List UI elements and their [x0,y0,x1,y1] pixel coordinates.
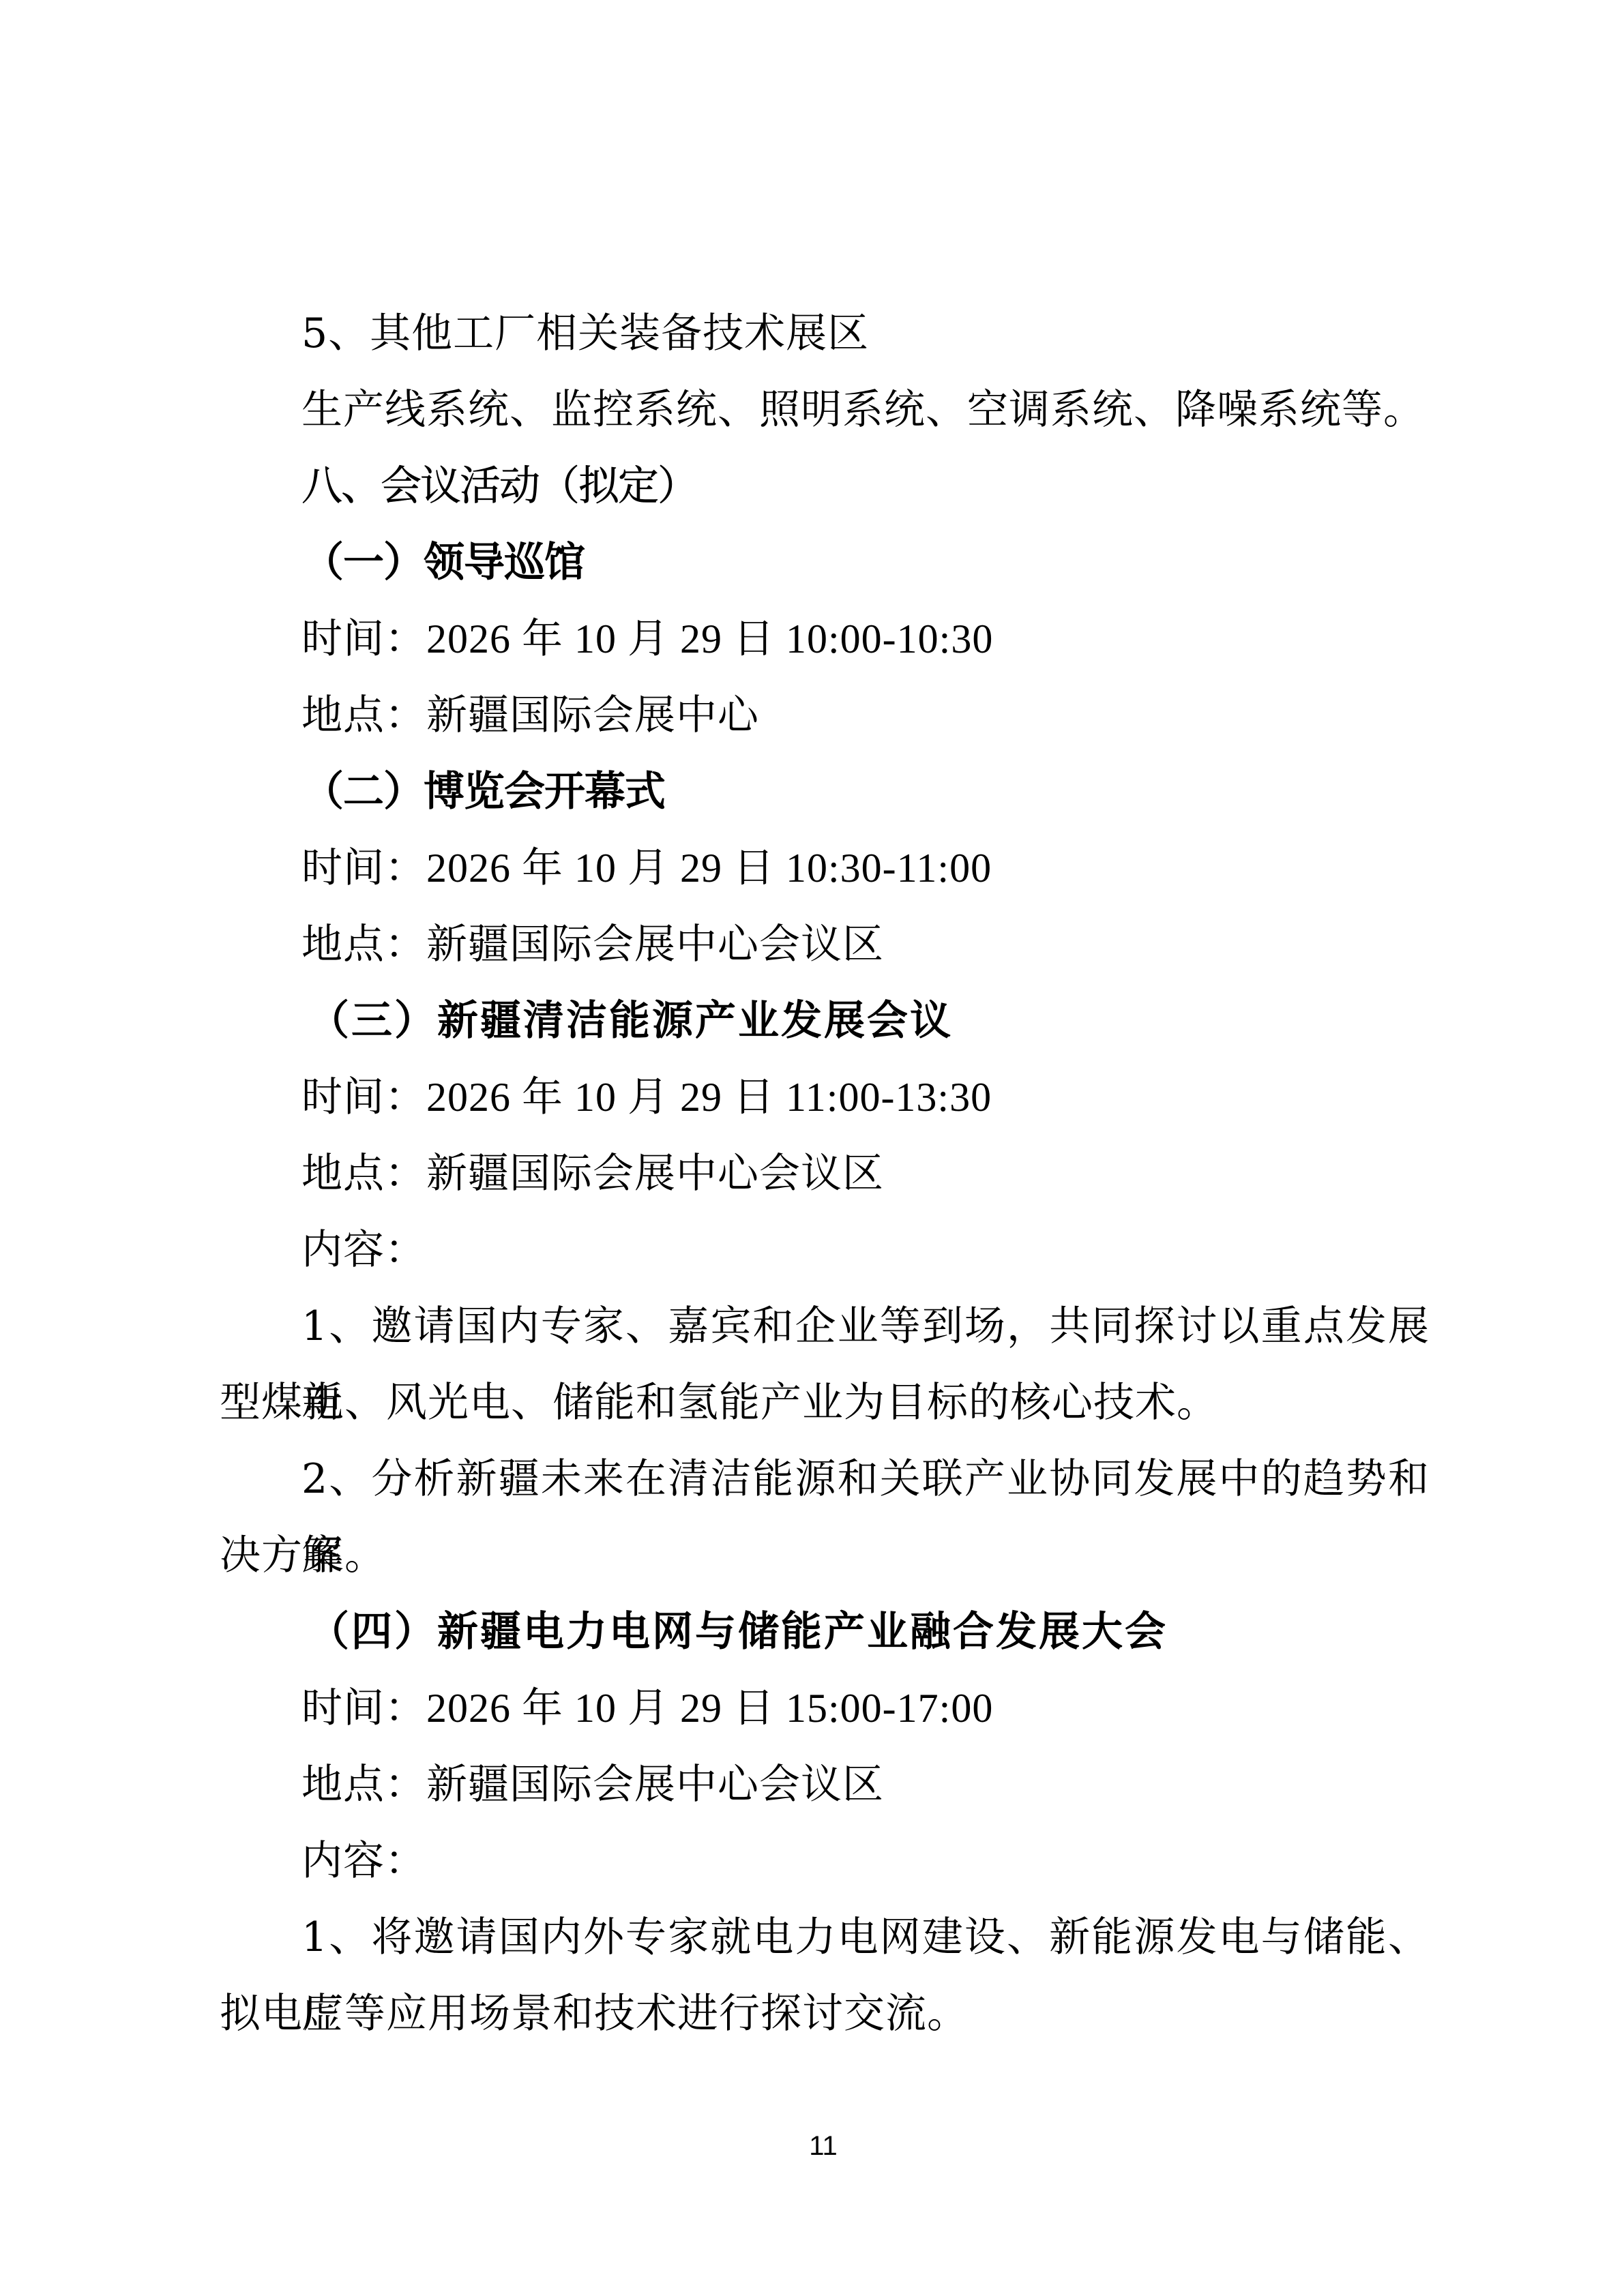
event-3-content-item-1-line-2: 型煤电、风光电、储能和氢能产业为目标的核心技术。 [220,1365,1429,1441]
time-value: 2026 年 10 月 29 日 11:00-13:30 [426,1075,992,1120]
event-2-place: 地点：新疆国际会展中心会议区 [220,906,1429,983]
place-label: 地点： [301,1150,426,1197]
exhibit-5-title: 5、其他工厂相关装备技术展区 [220,295,1429,372]
time-value: 2026 年 10 月 29 日 10:00-10:30 [426,616,993,661]
time-label: 时间： [301,1073,426,1121]
event-3-heading: （三）新疆清洁能源产业发展会议 [220,983,1429,1059]
event-4-heading: （四）新疆电力电网与储能产业融合发展大会 [220,1594,1429,1670]
time-label: 时间： [301,615,426,663]
event-2-heading: （二）博览会开幕式 [220,754,1429,830]
event-3-content-item-1-line-1: 1、邀请国内专家、嘉宾和企业等到场，共同探讨以重点发展新 [220,1288,1429,1365]
document-page: 5、其他工厂相关装备技术展区 生产线系统、监控系统、照明系统、空调系统、降噪系统… [0,0,1624,2296]
time-value: 2026 年 10 月 29 日 10:30-11:00 [426,846,992,891]
event-1-place: 地点：新疆国际会展中心 [220,677,1429,754]
place-value: 新疆国际会展中心会议区 [426,1150,884,1197]
section-8-heading: 八、会议活动（拟定） [220,448,1429,524]
event-4-content-label: 内容： [220,1823,1429,1899]
place-value: 新疆国际会展中心 [426,691,759,739]
event-1-heading: （一）领导巡馆 [220,524,1429,601]
event-2-time: 时间：2026 年 10 月 29 日 10:30-11:00 [220,830,1429,906]
event-4-content-item-1-line-1: 1、将邀请国内外专家就电力电网建设、新能源发电与储能、虚 [220,1899,1429,1976]
event-3-time: 时间：2026 年 10 月 29 日 11:00-13:30 [220,1059,1429,1135]
event-4-place: 地点：新疆国际会展中心会议区 [220,1746,1429,1823]
event-3-content-item-2-line-2: 决方案。 [220,1517,1429,1594]
place-value: 新疆国际会展中心会议区 [426,921,884,968]
body-text: 5、其他工厂相关装备技术展区 生产线系统、监控系统、照明系统、空调系统、降噪系统… [220,295,1429,2052]
time-value: 2026 年 10 月 29 日 15:00-17:00 [426,1686,993,1731]
event-3-content-label: 内容： [220,1212,1429,1288]
exhibit-5-description: 生产线系统、监控系统、照明系统、空调系统、降噪系统等。 [220,372,1429,448]
place-label: 地点： [301,1761,426,1808]
event-3-place: 地点：新疆国际会展中心会议区 [220,1135,1429,1212]
event-1-time: 时间：2026 年 10 月 29 日 10:00-10:30 [220,601,1429,677]
event-4-content-item-1-line-2: 拟电厂等应用场景和技术进行探讨交流。 [220,1976,1429,2052]
event-3-content-item-2-line-1: 2、分析新疆未来在清洁能源和关联产业协同发展中的趋势和解 [220,1441,1429,1517]
time-label: 时间： [301,1684,426,1732]
place-label: 地点： [301,691,426,739]
place-label: 地点： [301,921,426,968]
event-4-time: 时间：2026 年 10 月 29 日 15:00-17:00 [220,1670,1429,1746]
time-label: 时间： [301,844,426,892]
page-number: 11 [791,2129,855,2163]
place-value: 新疆国际会展中心会议区 [426,1761,884,1808]
